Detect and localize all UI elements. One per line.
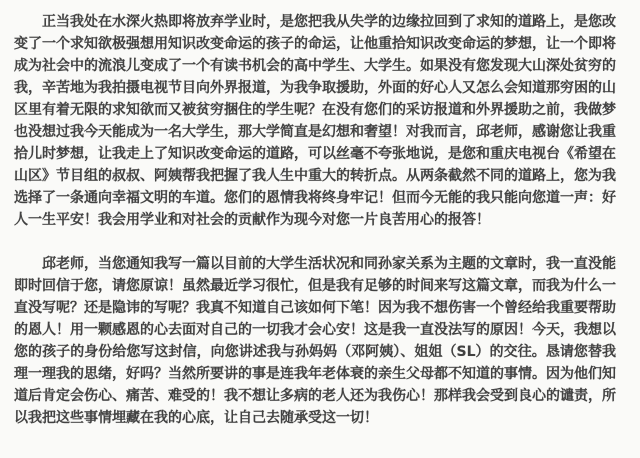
letter-document: 正当我处在水深火热即将放弃学业时，是您把我从失学的边缘拉回到了求知的道路上，是您…: [0, 0, 640, 458]
letter-paragraph-2: 邱老师，当您通知我写一篇以目前的大学生活状况和同孙家关系为主题的文章时，我一直没…: [14, 253, 616, 429]
letter-paragraph-1: 正当我处在水深火热即将放弃学业时，是您把我从失学的边缘拉回到了求知的道路上，是您…: [14, 11, 616, 231]
